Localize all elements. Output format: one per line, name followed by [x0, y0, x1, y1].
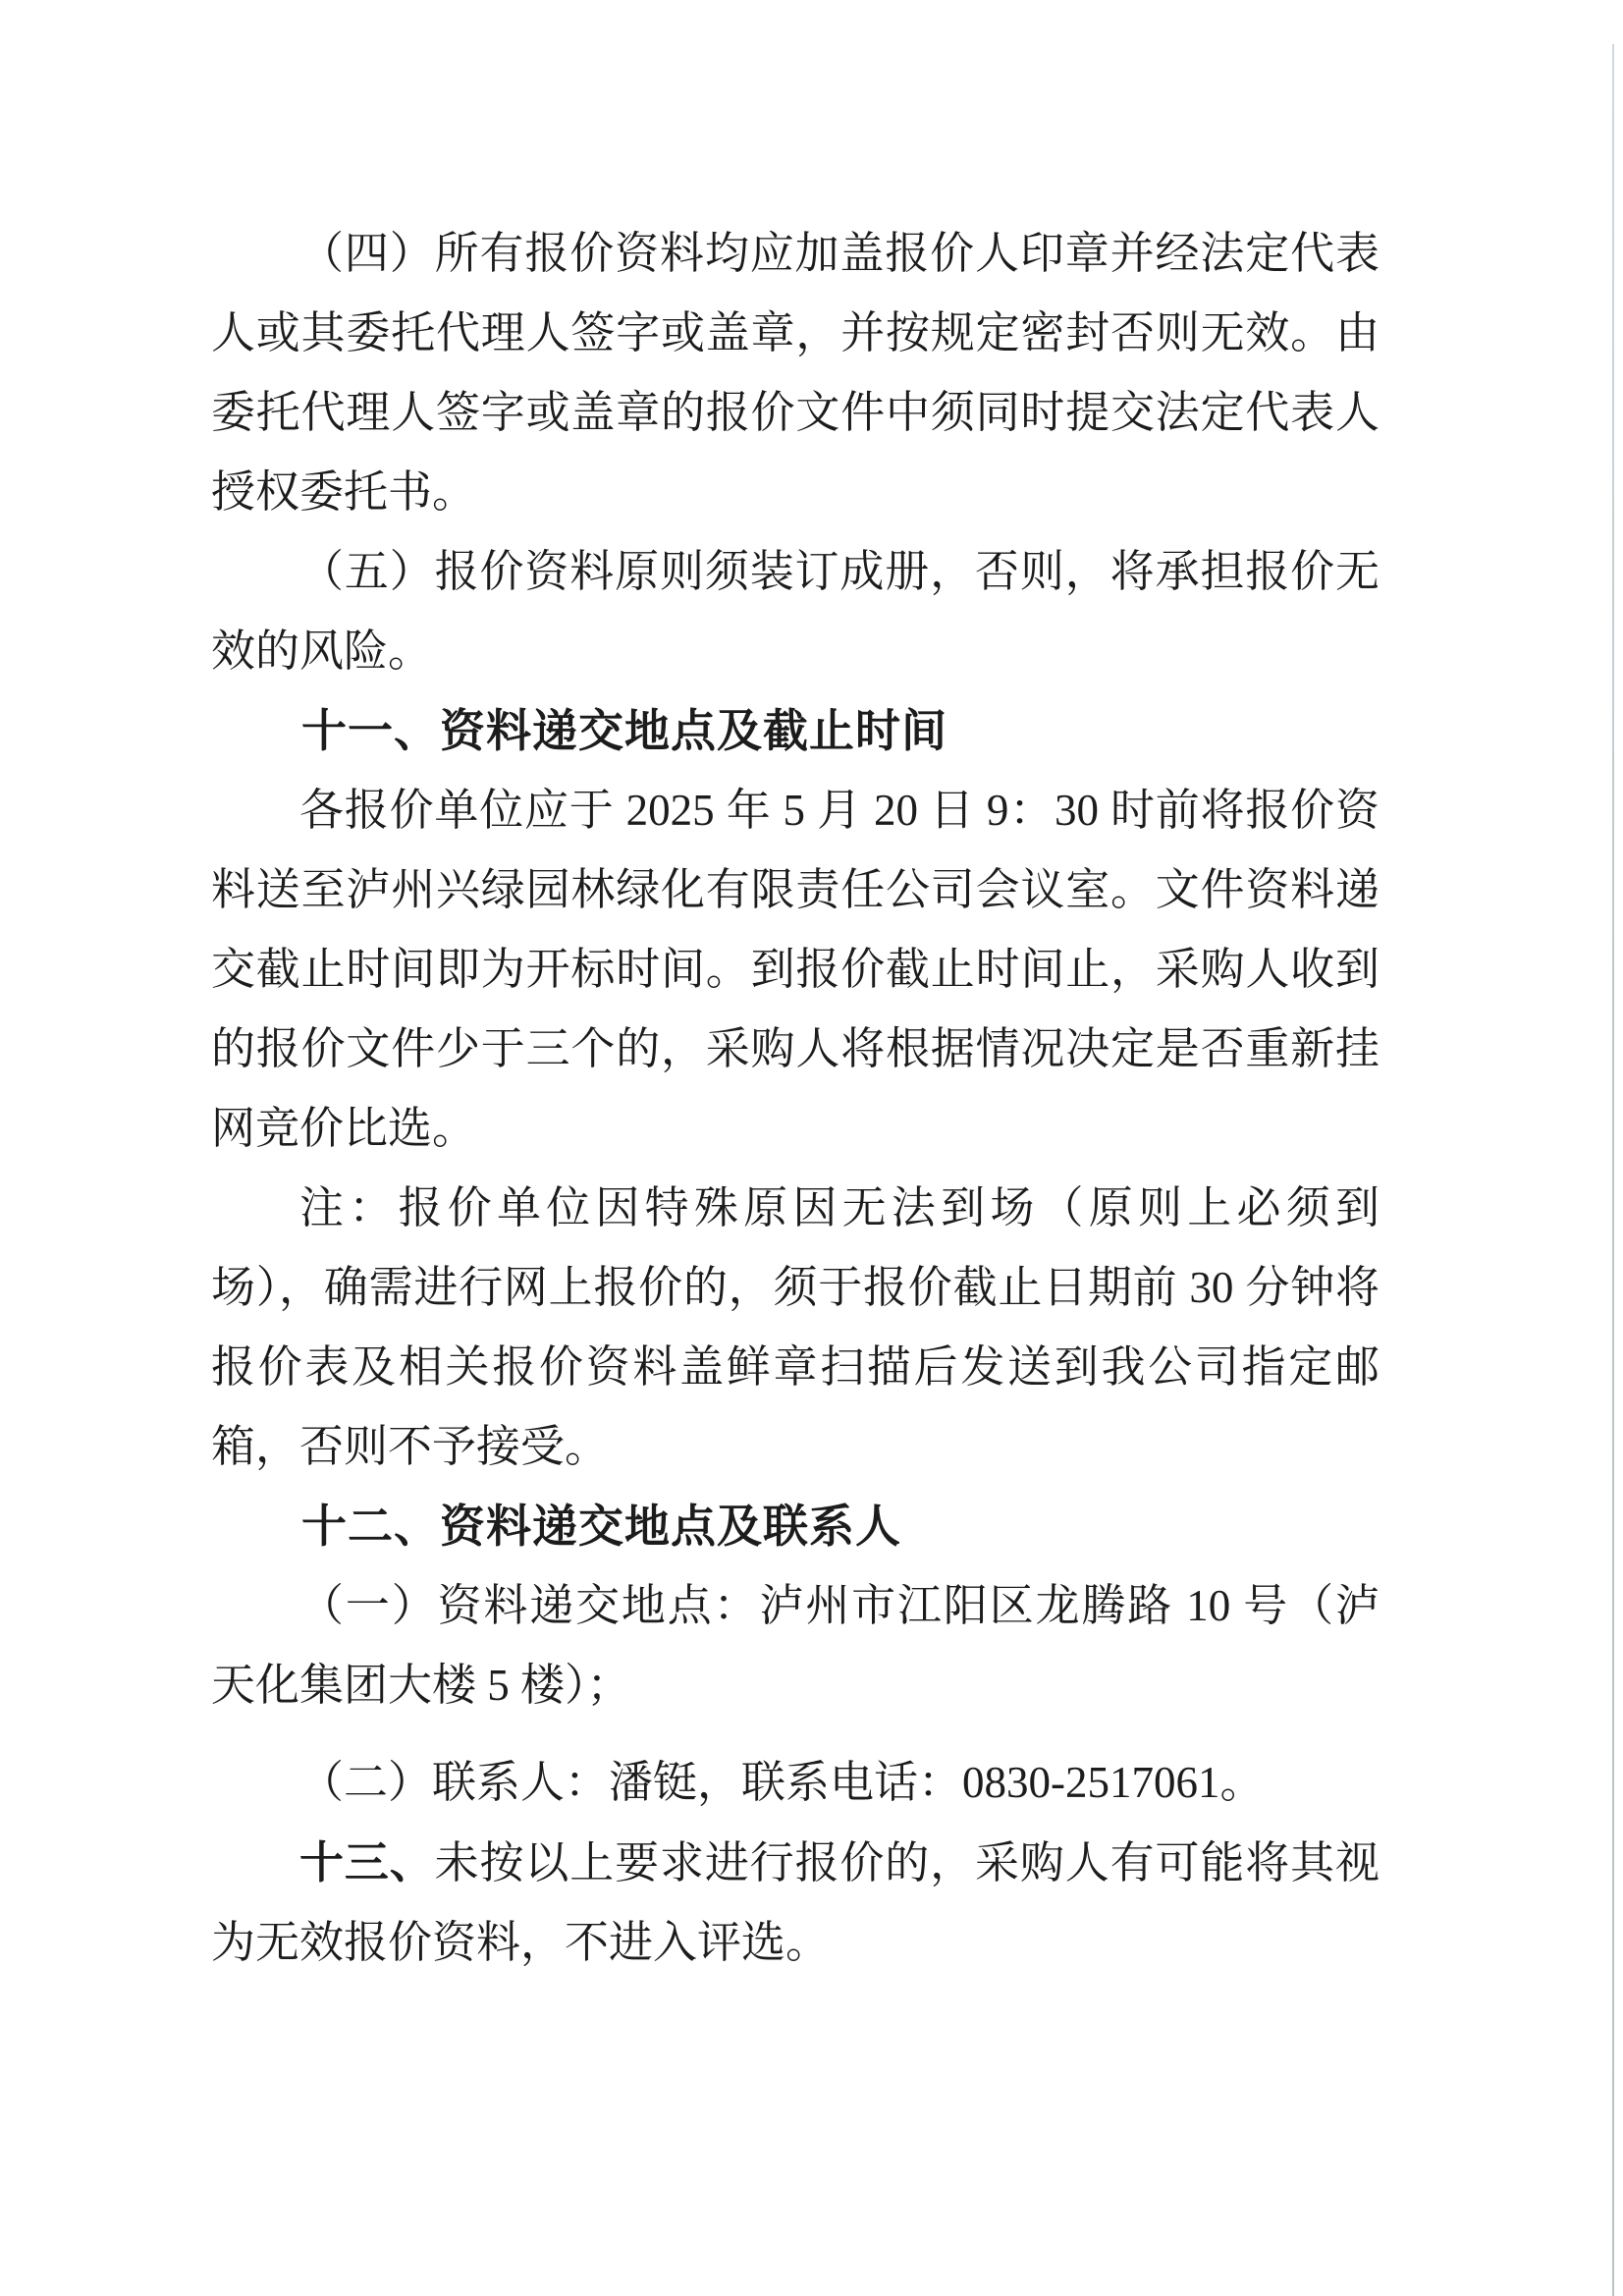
paragraph-clause-13: 十三、未按以上要求进行报价的，采购人有可能将其视为无效报价资料，不进入评选。: [211, 1823, 1380, 1983]
clause-13-number: 十三、: [299, 1837, 435, 1887]
paragraph-note-online-quotation: 注：报价单位因特殊原因无法到场（原则上必须到场），确需进行网上报价的，须于报价截…: [211, 1169, 1380, 1487]
document-body: （四）所有报价资料均应加盖报价人印章并经法定代表人或其委托代理人签字或盖章，并按…: [211, 214, 1380, 1983]
paragraph-submission-address: （一）资料递交地点：泸州市江阳区龙腾路 10 号（泸天化集团大楼 5 楼）；: [211, 1566, 1380, 1725]
paragraph-clause-4: （四）所有报价资料均应加盖报价人印章并经法定代表人或其委托代理人签字或盖章，并按…: [211, 214, 1380, 532]
paragraph-deadline-details: 各报价单位应于 2025 年 5 月 20 日 9：30 时前将报价资料送至泸州…: [211, 771, 1380, 1169]
scan-edge-artifact-line: [1612, 44, 1614, 2296]
section-heading-11-submission-place-deadline: 十一、资料递交地点及截止时间: [211, 691, 1380, 771]
paragraph-contact-person: （二）联系人：潘铤，联系电话：0830-2517061。: [211, 1743, 1380, 1823]
document-page: （四）所有报价资料均应加盖报价人印章并经法定代表人或其委托代理人签字或盖章，并按…: [0, 0, 1623, 2296]
section-heading-12-submission-place-contact: 十二、资料递交地点及联系人: [211, 1487, 1380, 1566]
paragraph-clause-5: （五）报价资料原则须装订成册，否则，将承担报价无效的风险。: [211, 532, 1380, 691]
